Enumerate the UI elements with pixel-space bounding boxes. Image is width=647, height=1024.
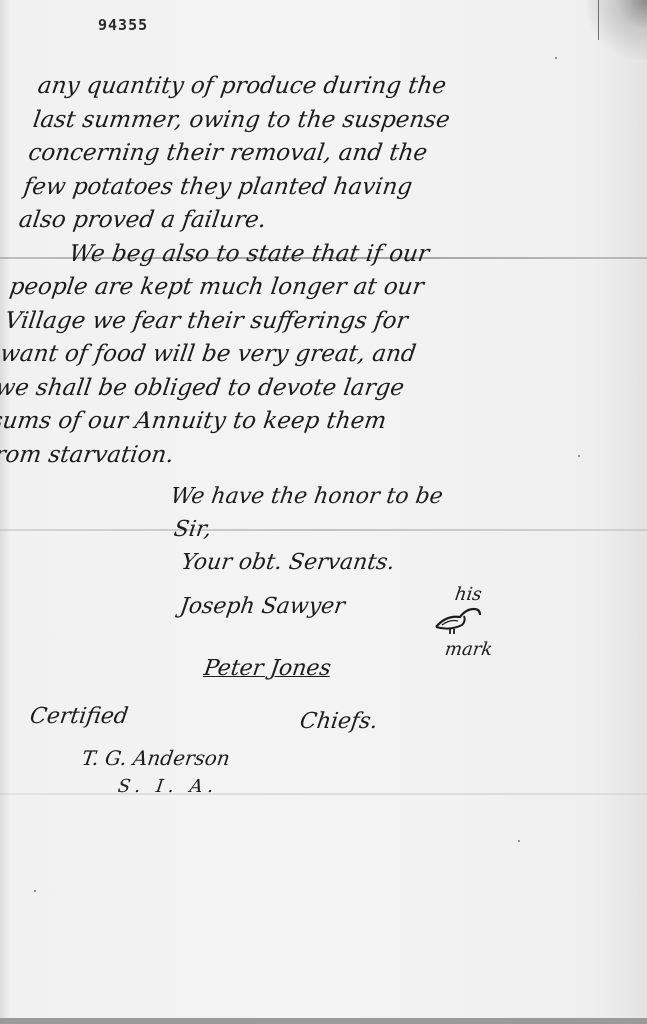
body-line: sums of our Annuity to keep them xyxy=(0,405,410,439)
salutation-sir: Sir, xyxy=(164,513,441,546)
document-page: 94355 any quantity of produce during the… xyxy=(0,0,647,1024)
fold-line xyxy=(0,793,647,795)
paper-speck xyxy=(34,890,36,892)
body-line: we shall be obliged to devote large xyxy=(0,372,414,406)
body-line: few potatoes they planted having xyxy=(21,171,442,205)
signature-joseph-sawyer: Joseph Sawyer xyxy=(178,590,347,624)
bird-totem-mark-icon xyxy=(432,603,484,637)
body-line: We beg also to state that if our xyxy=(12,238,433,272)
letter-closing: We have the honor to be Sir, Your obt. S… xyxy=(159,480,445,579)
body-line: want of food will be very great, and xyxy=(0,338,419,372)
certified-label: Certified xyxy=(28,700,131,734)
certifier-title: S. I. A. xyxy=(116,770,221,804)
signature-peter-jones: Peter Jones xyxy=(202,652,333,686)
mark-label-mark: mark xyxy=(443,633,495,667)
signature-text: Peter Jones xyxy=(202,656,332,681)
body-line: any quantity of produce during the xyxy=(36,70,457,104)
body-line: concerning their removal, and the xyxy=(26,137,447,171)
body-line: last summer, owing to the suspense xyxy=(31,104,452,138)
letter-body: any quantity of produce during the last … xyxy=(0,70,457,472)
closing-line: We have the honor to be xyxy=(168,480,445,513)
closing-servants: Your obt. Servants. xyxy=(159,546,436,579)
body-line: people are kept much longer at our xyxy=(7,271,428,305)
body-line: also proved a failure. xyxy=(17,204,438,238)
paper-speck xyxy=(555,57,557,59)
page-edge-line xyxy=(598,0,599,40)
paper-speck xyxy=(578,455,580,457)
page-corner-shadow xyxy=(587,0,647,60)
body-line: Village we fear their sufferings for xyxy=(3,305,424,339)
paper-speck xyxy=(518,840,520,842)
body-line: from starvation. xyxy=(0,439,405,473)
signatory-role: Chiefs. xyxy=(298,705,380,739)
document-number-stamp: 94355 xyxy=(98,16,148,34)
